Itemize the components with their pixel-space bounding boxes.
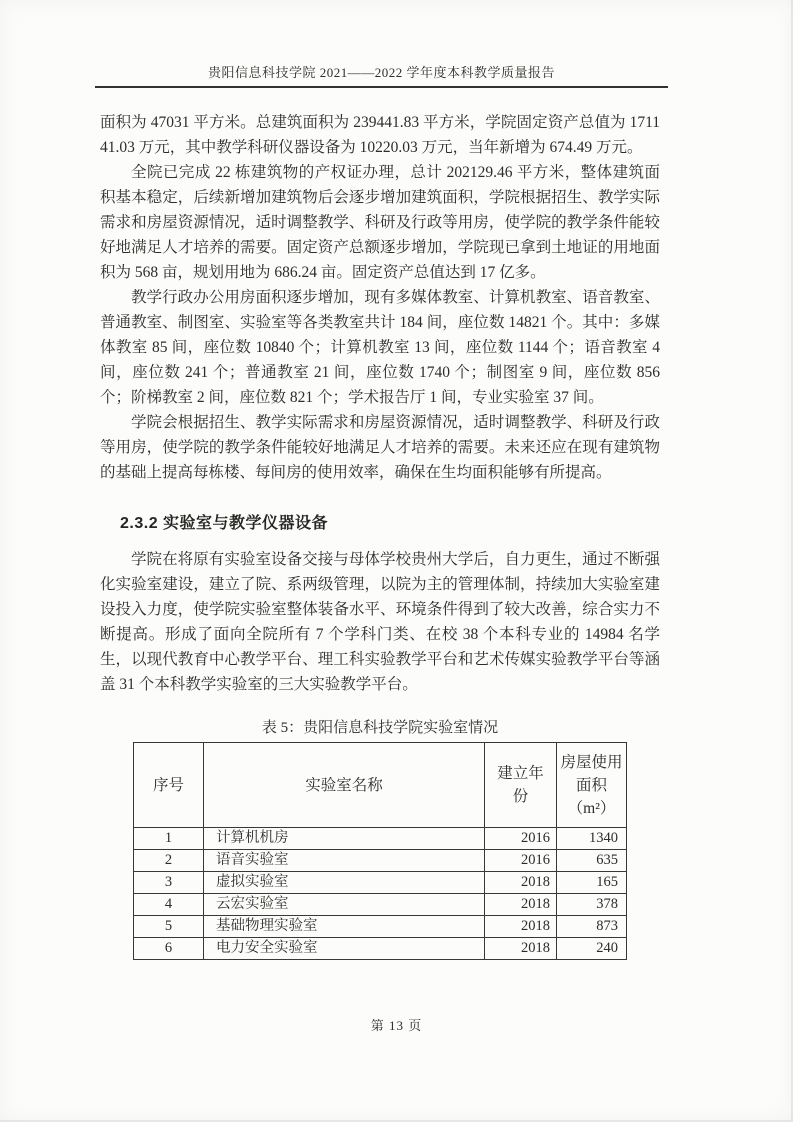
table-row: 2语音实验室2016635 xyxy=(134,850,627,872)
table-row: 5基础物理实验室2018873 xyxy=(134,916,627,938)
body-paragraph: 教学行政办公用房面积逐步增加，现有多媒体教室、计算机教室、语音教室、普通教室、制… xyxy=(100,285,660,410)
cell-floor-area: 1340 xyxy=(557,828,627,850)
cell-year-built: 2018 xyxy=(485,894,557,916)
paragraphs-before-heading: 面积为 47031 平方米。总建筑面积为 239441.83 平方米，学院固定资… xyxy=(100,110,660,485)
cell-floor-area: 240 xyxy=(557,938,627,960)
cell-index: 6 xyxy=(134,938,204,960)
cell-index: 5 xyxy=(134,916,204,938)
col-header-year-built: 建立年 份 xyxy=(485,743,557,828)
section-heading: 2.3.2 实验室与教学仪器设备 xyxy=(100,510,660,533)
cell-year-built: 2016 xyxy=(485,828,557,850)
cell-index: 2 xyxy=(134,850,204,872)
table-row: 1计算机机房20161340 xyxy=(134,828,627,850)
cell-lab-name: 计算机机房 xyxy=(204,828,485,850)
table-row: 4云宏实验室2018378 xyxy=(134,894,627,916)
cell-index: 3 xyxy=(134,872,204,894)
cell-lab-name: 虚拟实验室 xyxy=(204,872,485,894)
table-header-row: 序号 实验室名称 建立年 份 房屋使用 面积 （m²） xyxy=(134,743,627,828)
body-paragraph: 学院会根据招生、教学实际需求和房屋资源情况，适时调整教学、科研及行政等用房，使学… xyxy=(100,410,660,485)
cell-index: 1 xyxy=(134,828,204,850)
cell-lab-name: 基础物理实验室 xyxy=(204,916,485,938)
document-content: 面积为 47031 平方米。总建筑面积为 239441.83 平方米，学院固定资… xyxy=(100,110,660,960)
running-head-title: 贵阳信息科技学院 2021——2022 学年度本科教学质量报告 xyxy=(95,62,668,81)
cell-floor-area: 378 xyxy=(557,894,627,916)
cell-lab-name: 电力安全实验室 xyxy=(204,938,485,960)
cell-index: 4 xyxy=(134,894,204,916)
table-row: 6电力安全实验室2018240 xyxy=(134,938,627,960)
col-header-lab-name: 实验室名称 xyxy=(204,743,485,828)
cell-floor-area: 635 xyxy=(557,850,627,872)
paragraphs-after-heading: 学院在将原有实验室设备交接与母体学校贵州大学后，自力更生，通过不断强化实验室建设… xyxy=(100,547,660,697)
body-paragraph: 学院在将原有实验室设备交接与母体学校贵州大学后，自力更生，通过不断强化实验室建设… xyxy=(100,547,660,697)
page-number: 第 13 页 xyxy=(0,1015,793,1034)
table-row: 3虚拟实验室2018165 xyxy=(134,872,627,894)
cell-floor-area: 165 xyxy=(557,872,627,894)
document-page: 贵阳信息科技学院 2021——2022 学年度本科教学质量报告 面积为 4703… xyxy=(0,0,793,1122)
cell-lab-name: 语音实验室 xyxy=(204,850,485,872)
body-paragraph: 面积为 47031 平方米。总建筑面积为 239441.83 平方米，学院固定资… xyxy=(100,110,660,160)
lab-table: 序号 实验室名称 建立年 份 房屋使用 面积 （m²） 1计算机机房201613… xyxy=(133,742,627,960)
page-header: 贵阳信息科技学院 2021——2022 学年度本科教学质量报告 xyxy=(95,62,668,88)
table-caption: 表 5：贵阳信息科技学院实验室情况 xyxy=(100,716,660,737)
cell-year-built: 2016 xyxy=(485,850,557,872)
cell-floor-area: 873 xyxy=(557,916,627,938)
col-header-floor-area: 房屋使用 面积 （m²） xyxy=(557,743,627,828)
cell-year-built: 2018 xyxy=(485,872,557,894)
cell-lab-name: 云宏实验室 xyxy=(204,894,485,916)
cell-year-built: 2018 xyxy=(485,916,557,938)
col-header-index: 序号 xyxy=(134,743,204,828)
body-paragraph: 全院已完成 22 栋建筑物的产权证办理，总计 202129.46 平方米，整体建… xyxy=(100,160,660,285)
cell-year-built: 2018 xyxy=(485,938,557,960)
